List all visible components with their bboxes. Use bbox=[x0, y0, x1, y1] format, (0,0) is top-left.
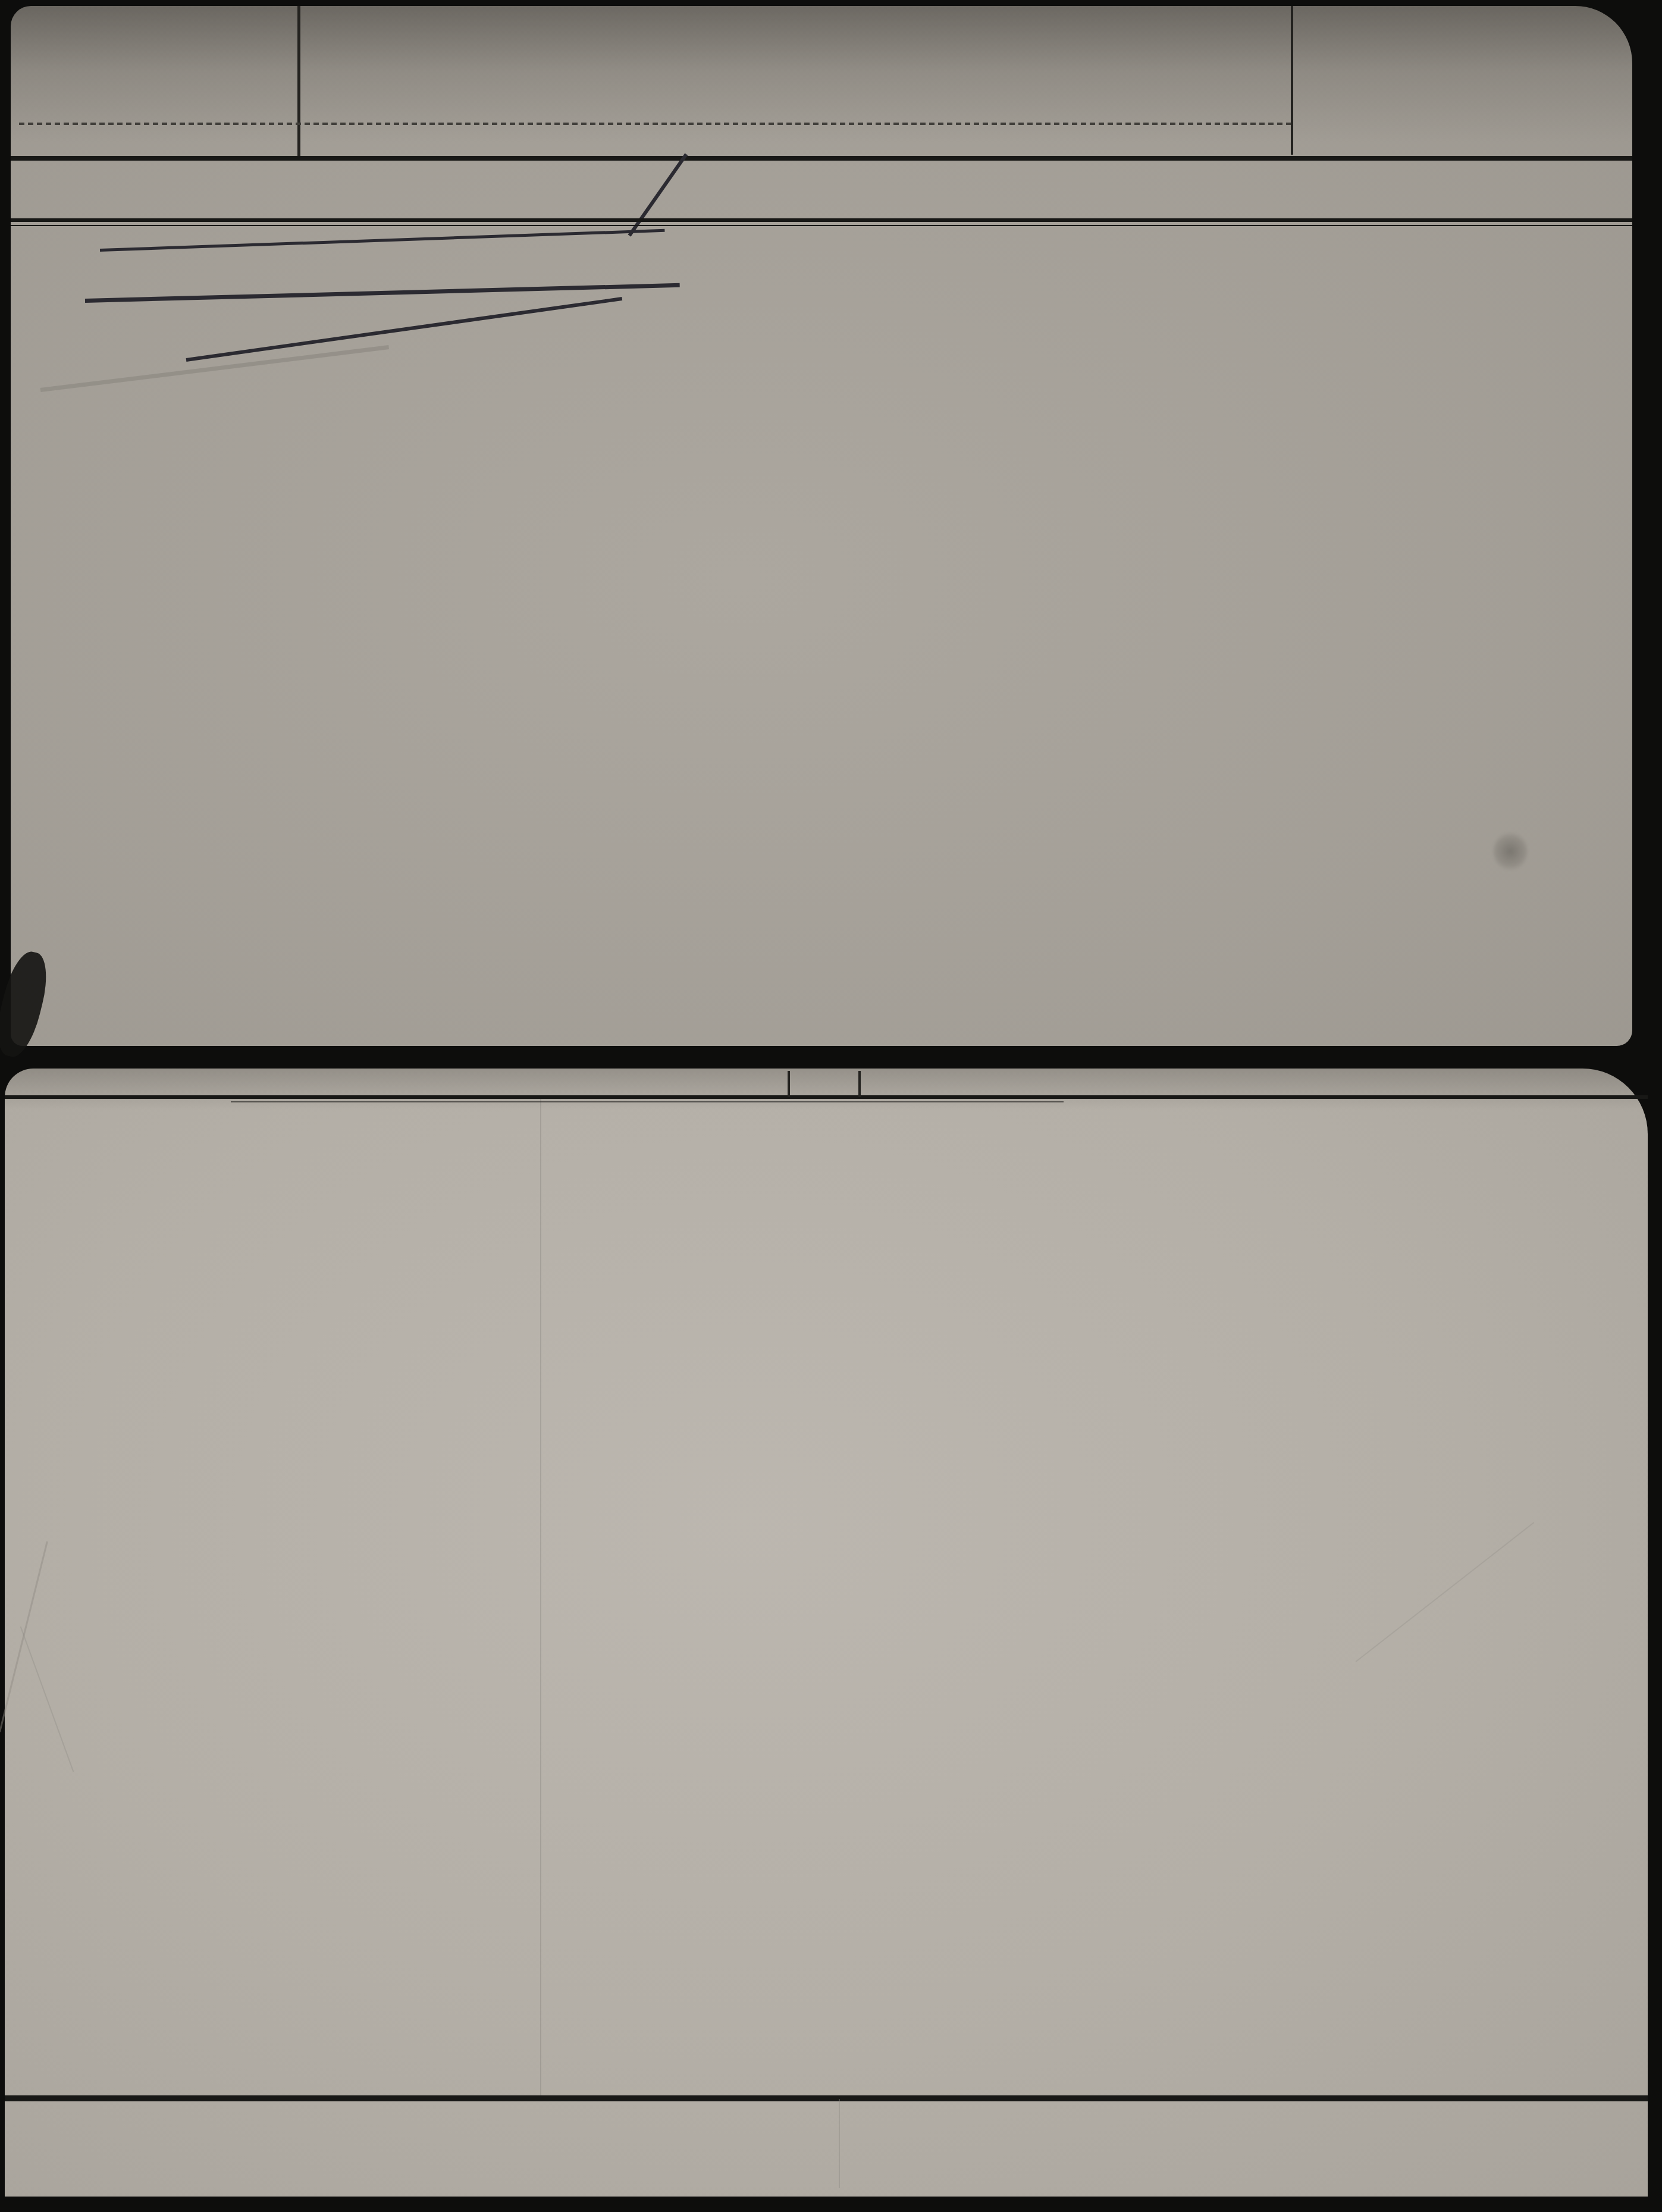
strikethrough-line bbox=[186, 297, 623, 362]
table-header-bottom-rule bbox=[11, 218, 1632, 222]
verso-bottom-rule bbox=[5, 2095, 1648, 2101]
register-card-front bbox=[11, 6, 1632, 1046]
column-line-tick bbox=[858, 1071, 861, 1097]
scanned-register-page bbox=[0, 0, 1662, 2212]
table-top-rule bbox=[11, 156, 1632, 161]
paper-crease bbox=[839, 2099, 840, 2188]
paper-crease bbox=[20, 1626, 74, 1772]
table-header-bottom-rule-thin bbox=[11, 225, 1632, 226]
strikethrough-line bbox=[85, 283, 680, 303]
strikethrough-line bbox=[100, 229, 665, 252]
verso-top-rule bbox=[5, 1095, 1648, 1099]
jaar-slash-mark bbox=[628, 153, 688, 236]
verso-top-rule-thin bbox=[231, 1101, 1064, 1102]
row-2-datum-in bbox=[820, 249, 896, 263]
register-card-back bbox=[5, 1069, 1648, 2197]
header-divider-line bbox=[297, 6, 300, 156]
column-line-tick bbox=[788, 1071, 790, 1097]
header-right-divider-line bbox=[1291, 6, 1293, 155]
row-3-datum-in bbox=[783, 302, 854, 315]
paper-tear bbox=[0, 948, 54, 1061]
paper-crease bbox=[1356, 1522, 1535, 1662]
pencil-strike-line bbox=[40, 345, 389, 392]
row-1-datum-in bbox=[829, 201, 899, 214]
ink-smudge bbox=[1493, 832, 1528, 871]
faint-column-line bbox=[540, 1097, 541, 2095]
header-dotted-line bbox=[19, 123, 1291, 125]
